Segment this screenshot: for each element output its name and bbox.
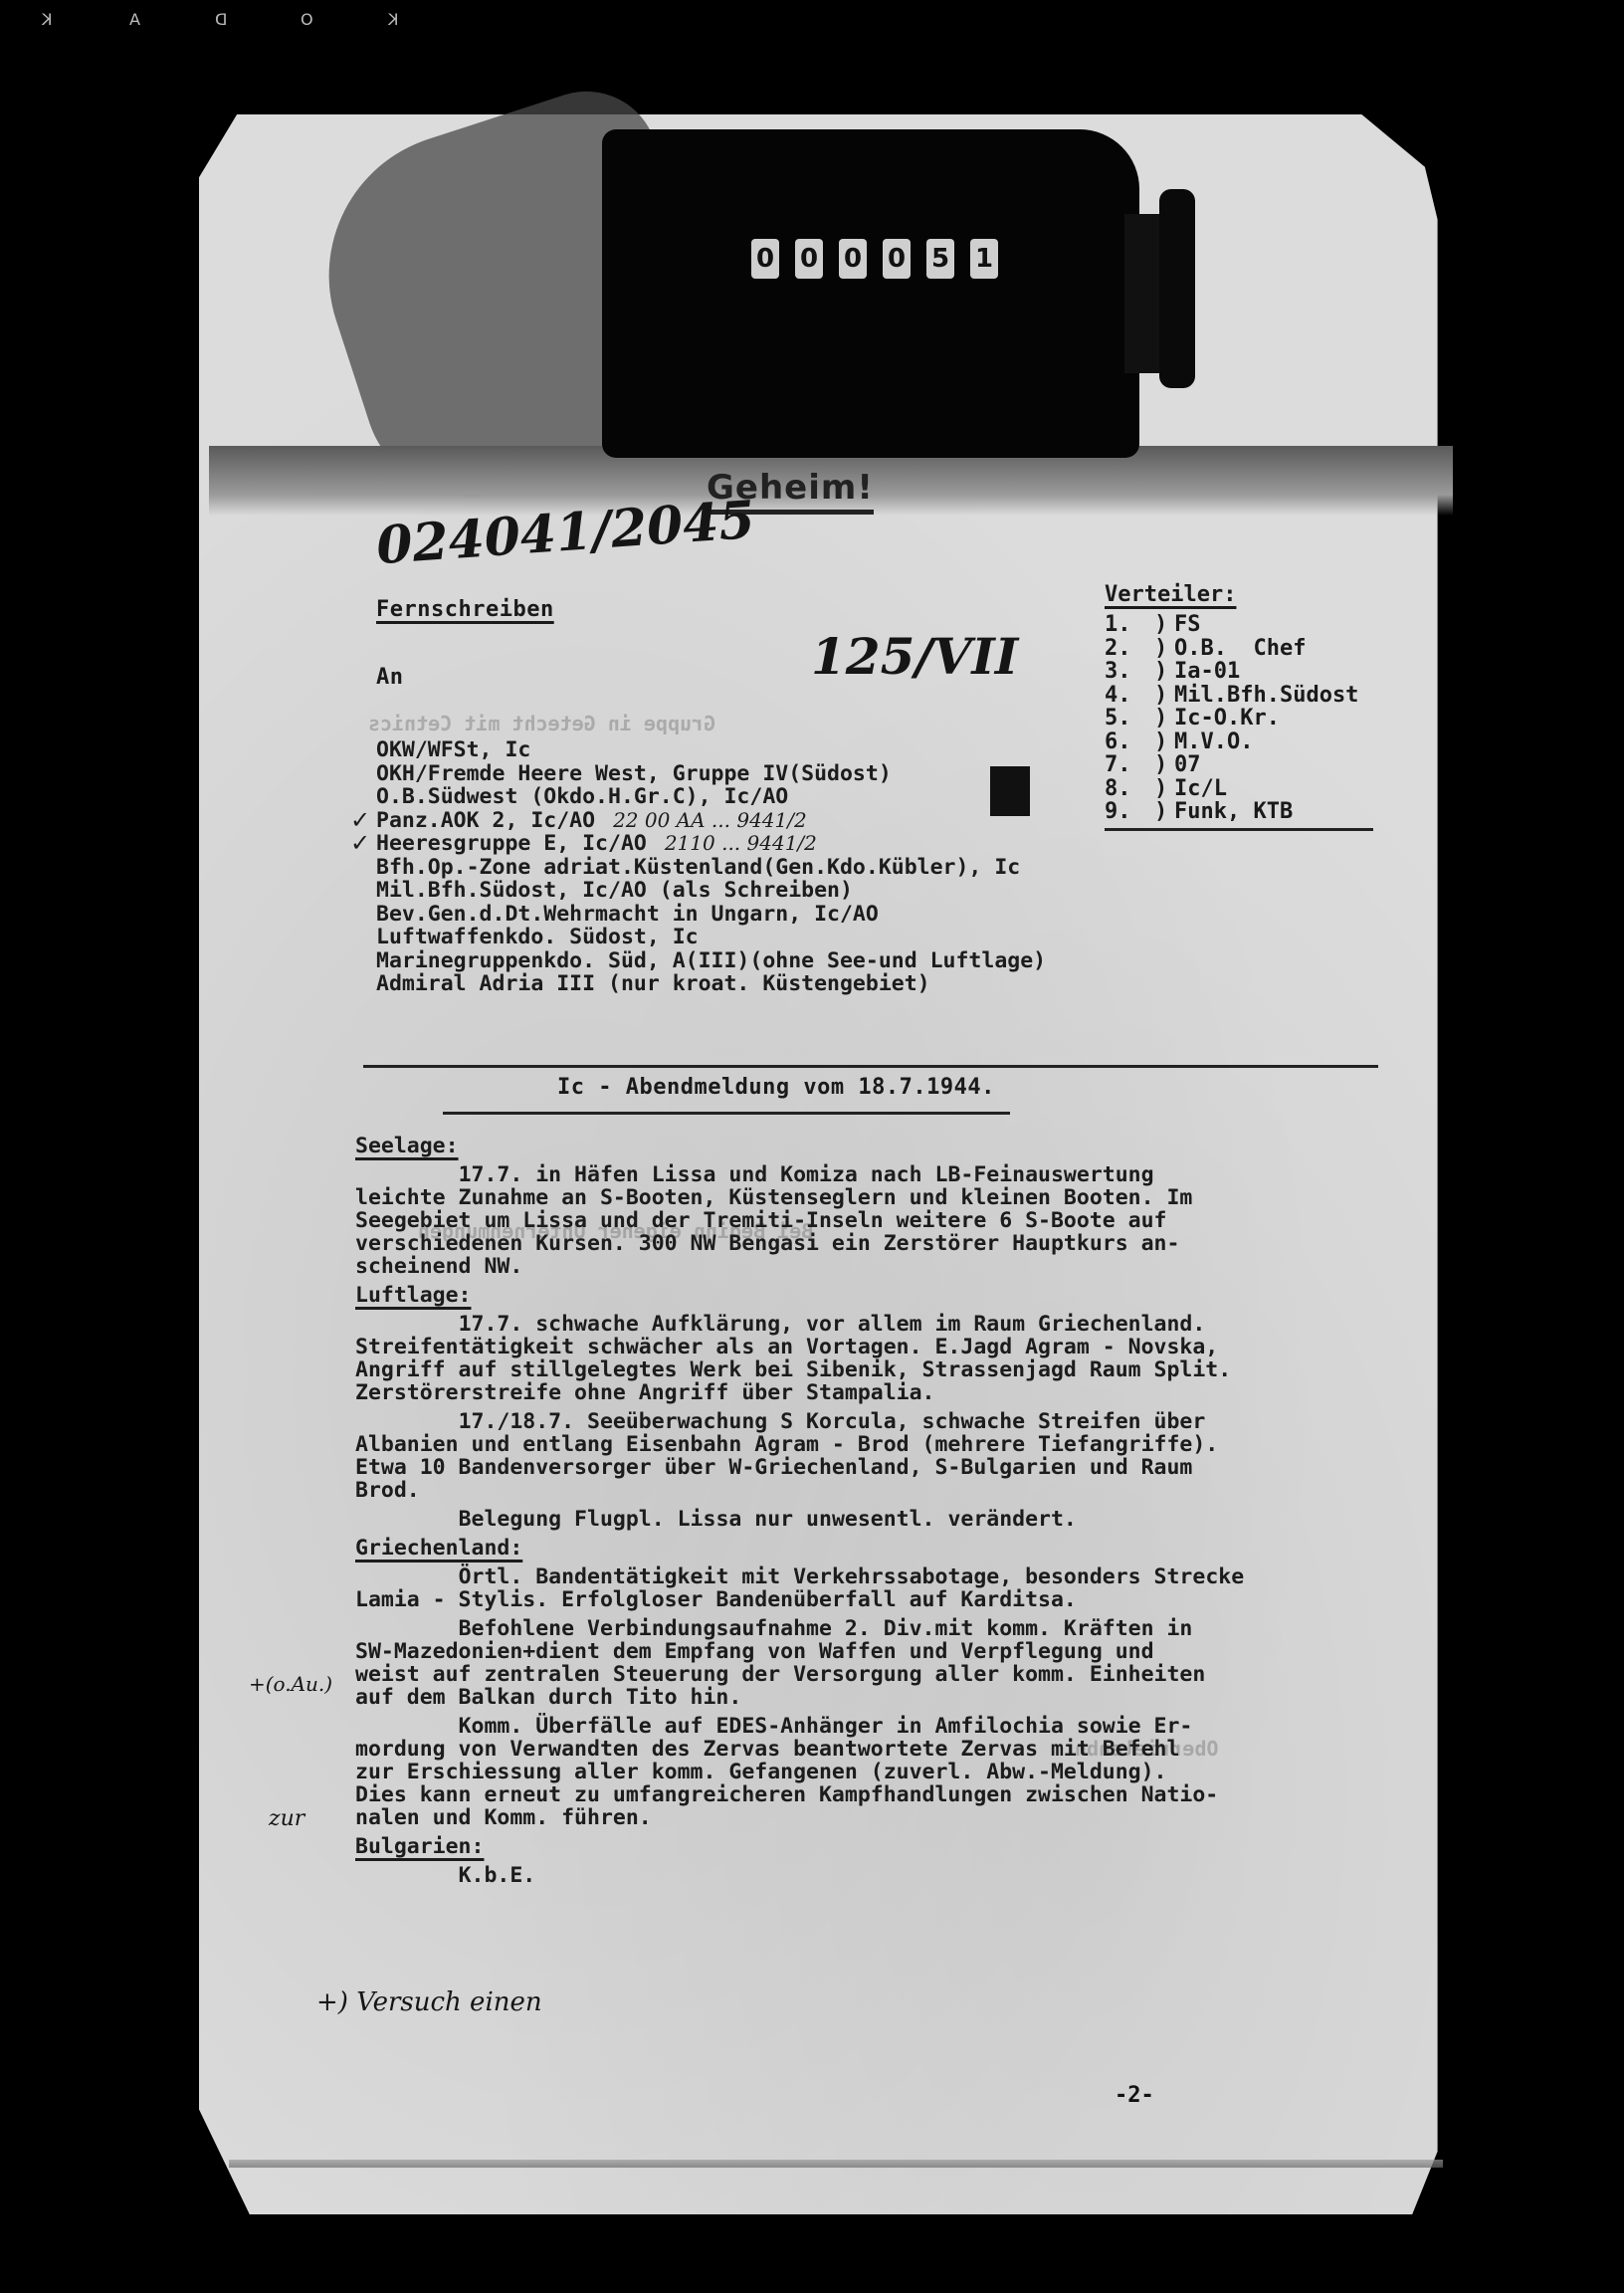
counter-knob: [1159, 189, 1195, 388]
film-letter: K: [42, 10, 53, 29]
report-paragraph: Komm. Überfälle auf EDES-Anhänger in Amf…: [355, 1715, 1380, 1829]
distribution-number: 8.: [1105, 777, 1154, 801]
section-heading: Bulgarien:: [355, 1835, 1380, 1858]
document-type: Fernschreiben: [376, 597, 554, 622]
distribution-number: 9.: [1105, 800, 1154, 824]
report-body: Seelage: 17.7. in Häfen Lissa und Komiza…: [355, 1135, 1380, 1887]
distribution-label: O.B. Chef: [1174, 636, 1306, 661]
distribution-item: 1.)FS: [1105, 613, 1373, 637]
handwritten-transmission-note: 22 00 AA ... 9441/2: [613, 808, 807, 832]
separator-rule: [363, 1065, 1378, 1068]
addressee-line: Luftwaffenkdo. Südost, Ic: [376, 926, 1046, 949]
margin-note: +(o.Au.): [249, 1672, 332, 1696]
brace-mark: ): [1154, 730, 1174, 754]
addressee-text: Panz.AOK 2, Ic/AO: [376, 808, 595, 833]
distribution-item: 5.)Ic-O.Kr.: [1105, 707, 1373, 730]
report-paragraph: 17.7. in Häfen Lissa und Komiza nach LB-…: [355, 1163, 1380, 1278]
distribution-number: 2.: [1105, 637, 1154, 661]
distribution-item: 9.)Funk, KTB: [1105, 800, 1373, 824]
report-paragraph: K.b.E.: [355, 1864, 1380, 1887]
addressee-line: ✓Panz.AOK 2, Ic/AO22 00 AA ... 9441/2: [376, 809, 1046, 833]
distribution-label: M.V.O.: [1174, 730, 1253, 754]
section-heading: Griechenland:: [355, 1537, 1380, 1560]
counter-digit: 0: [883, 239, 911, 279]
addressee-line: ✓Heeresgruppe E, Ic/AO2110 ... 9441/2: [376, 832, 1046, 856]
distribution-number: 5.: [1105, 707, 1154, 730]
report-title: Ic - Abendmeldung vom 18.7.1944.: [557, 1075, 995, 1100]
report-paragraph: Befohlene Verbindungsaufnahme 2. Div.mit…: [355, 1617, 1380, 1709]
addressee-text: Luftwaffenkdo. Südost, Ic: [376, 925, 699, 949]
brace-mark: ): [1154, 637, 1174, 661]
distribution-list: Verteiler: 1.)FS2.)O.B. Chef3.)Ia-014.)M…: [1105, 582, 1373, 831]
frame-counter-digits: 0 0 0 0 5 1: [751, 239, 998, 279]
frame-counter-device: 0 0 0 0 5 1: [602, 129, 1139, 458]
film-letter: A: [129, 10, 140, 29]
counter-digit: 0: [751, 239, 779, 279]
film-letter: D: [215, 10, 227, 29]
stamp-mark: [990, 766, 1030, 816]
addressee-text: OKH/Fremde Heere West, Gruppe IV(Südost): [376, 761, 892, 786]
title-underline: [443, 1112, 1010, 1115]
addressee-text: Admiral Adria III (nur kroat. Küstengebi…: [376, 971, 930, 996]
page-fold-line: [229, 2160, 1443, 2168]
brace-mark: ): [1154, 753, 1174, 777]
distribution-label: Ic-O.Kr.: [1174, 706, 1280, 730]
report-paragraph: 17.7. schwache Aufklärung, vor allem im …: [355, 1313, 1380, 1404]
section-heading: Seelage:: [355, 1135, 1380, 1157]
distribution-item: 4.)Mil.Bfh.Südost: [1105, 684, 1373, 708]
distribution-item: 6.)M.V.O.: [1105, 730, 1373, 754]
margin-correction: zur: [269, 1806, 304, 1831]
addressee-list: OKW/WFSt, IcOKH/Fremde Heere West, Grupp…: [376, 738, 1046, 996]
handwritten-file-number: 125/VII: [811, 627, 1018, 686]
counter-digit: 0: [795, 239, 823, 279]
distribution-item: 3.)Ia-01: [1105, 660, 1373, 684]
counter-axle: [1124, 214, 1164, 373]
distribution-number: 6.: [1105, 730, 1154, 754]
to-label: An: [376, 665, 404, 690]
bleed-through-text: Gruppe in Getecht mit Cetnics: [368, 712, 715, 735]
distribution-item: 8.)Ic/L: [1105, 777, 1373, 801]
addressee-line: OKH/Fremde Heere West, Gruppe IV(Südost): [376, 762, 1046, 786]
distribution-label: Mil.Bfh.Südost: [1174, 683, 1358, 708]
addressee-line: O.B.Südwest (Okdo.H.Gr.C), Ic/AO: [376, 785, 1046, 809]
distribution-item: 2.)O.B. Chef: [1105, 637, 1373, 661]
addressee-line: OKW/WFSt, Ic: [376, 738, 1046, 762]
brace-mark: ): [1154, 800, 1174, 824]
distribution-number: 7.: [1105, 753, 1154, 777]
distribution-heading: Verteiler:: [1105, 582, 1373, 607]
report-paragraph: 17./18.7. Seeüberwachung S Korcula, schw…: [355, 1410, 1380, 1502]
counter-digit: 0: [839, 239, 867, 279]
brace-mark: ): [1154, 613, 1174, 637]
distribution-item: 7.)07: [1105, 753, 1373, 777]
addressee-text: O.B.Südwest (Okdo.H.Gr.C), Ic/AO: [376, 784, 788, 809]
film-edge-markings: K A D O K: [0, 4, 1624, 34]
distribution-label: FS: [1174, 612, 1201, 637]
addressee-line: Mil.Bfh.Südost, Ic/AO (als Schreiben): [376, 879, 1046, 903]
distribution-number: 1.: [1105, 613, 1154, 637]
film-letter: O: [301, 10, 313, 29]
addressee-text: Bfh.Op.-Zone adriat.Küstenland(Gen.Kdo.K…: [376, 855, 1020, 880]
report-paragraph: Örtl. Bandentätigkeit mit Verkehrssabota…: [355, 1565, 1380, 1611]
handwritten-footnote: +) Versuch einen: [316, 1987, 542, 2017]
addressee-text: Bev.Gen.d.Dt.Wehrmacht in Ungarn, Ic/AO: [376, 902, 879, 927]
addressee-text: Mil.Bfh.Südost, Ic/AO (als Schreiben): [376, 878, 853, 903]
addressee-text: Heeresgruppe E, Ic/AO: [376, 831, 647, 856]
distribution-label: 07: [1174, 752, 1201, 777]
distribution-number: 4.: [1105, 684, 1154, 708]
brace-mark: ): [1154, 660, 1174, 684]
handwritten-transmission-note: 2110 ... 9441/2: [665, 831, 817, 855]
brace-mark: ): [1154, 777, 1174, 801]
section-heading: Luftlage:: [355, 1284, 1380, 1307]
addressee-line: Bev.Gen.d.Dt.Wehrmacht in Ungarn, Ic/AO: [376, 903, 1046, 927]
film-letter: K: [388, 10, 399, 29]
distribution-label: Ic/L: [1174, 776, 1227, 801]
addressee-text: Marinegruppenkdo. Süd, A(III)(ohne See-u…: [376, 948, 1046, 973]
distribution-rule: [1105, 828, 1373, 831]
brace-mark: ): [1154, 684, 1174, 708]
distribution-label: Ia-01: [1174, 659, 1240, 684]
counter-digit: 1: [970, 239, 998, 279]
page-number: -2-: [1115, 2083, 1154, 2108]
distribution-label: Funk, KTB: [1174, 799, 1293, 824]
addressee-line: Bfh.Op.-Zone adriat.Küstenland(Gen.Kdo.K…: [376, 856, 1046, 880]
addressee-line: Marinegruppenkdo. Süd, A(III)(ohne See-u…: [376, 949, 1046, 973]
addressee-text: OKW/WFSt, Ic: [376, 737, 530, 762]
distribution-number: 3.: [1105, 660, 1154, 684]
addressee-line: Admiral Adria III (nur kroat. Küstengebi…: [376, 972, 1046, 996]
brace-mark: ): [1154, 707, 1174, 730]
counter-digit: 5: [926, 239, 954, 279]
report-paragraph: Belegung Flugpl. Lissa nur unwesentl. ve…: [355, 1508, 1380, 1531]
checkmark-icon: ✓: [350, 832, 370, 856]
